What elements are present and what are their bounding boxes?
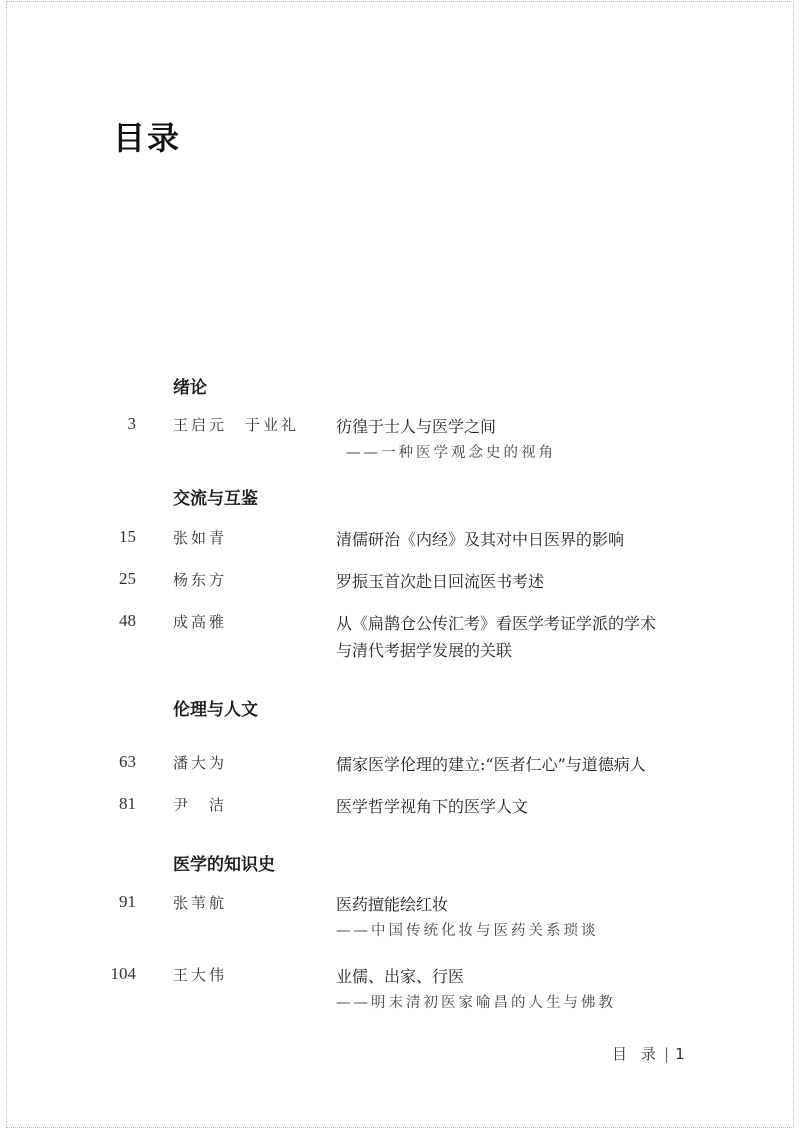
entry-title: 罗振玉首次赴日回流医书考述 xyxy=(336,569,544,592)
entry-author: 潘大为 xyxy=(173,752,227,773)
section-heading: 交流与互鉴 xyxy=(173,484,258,509)
page-number: 63 xyxy=(119,752,136,772)
entry-title: 医学哲学视角下的医学人文 xyxy=(336,794,528,817)
entry-title-line2: 与清代考据学发展的关联 xyxy=(336,638,512,661)
entry-title: 医药擅能绘红妆 xyxy=(336,892,448,915)
entry-title: 清儒研治《内经》及其对中日医界的影响 xyxy=(336,527,624,550)
entry-author: 杨东方 xyxy=(173,569,227,590)
entry-subtitle: ——明末清初医家喻昌的人生与佛教 xyxy=(336,991,616,1012)
footer-page-number: 1 xyxy=(675,1045,685,1063)
page-border xyxy=(6,1,794,1128)
page-number: 81 xyxy=(119,794,136,814)
footer-separator: | xyxy=(664,1045,669,1063)
entry-title: 业儒、出家、行医 xyxy=(336,964,464,987)
section-heading: 伦理与人文 xyxy=(173,695,258,720)
entry-subtitle: ——一种医学观念史的视角 xyxy=(346,441,556,462)
entry-title: 从《扁鹊仓公传汇考》看医学考证学派的学术 xyxy=(336,611,656,634)
page-number: 25 xyxy=(119,569,136,589)
entry-author: 张如青 xyxy=(173,527,227,548)
entry-author: 王大伟 xyxy=(173,964,227,985)
entry-author: 尹 洁 xyxy=(173,794,227,815)
footer-label: 目录 xyxy=(612,1045,670,1063)
entry-subtitle: ——中国传统化妆与医药关系琐谈 xyxy=(336,919,599,940)
page-number: 3 xyxy=(128,414,137,434)
page-footer: 目录|1 xyxy=(612,1043,685,1064)
section-heading: 医学的知识史 xyxy=(173,850,275,875)
page-title: 目录 xyxy=(113,113,181,159)
entry-title: 儒家医学伦理的建立:“医者仁心”与道德病人 xyxy=(336,752,646,775)
page-number: 48 xyxy=(119,611,136,631)
page-number: 104 xyxy=(111,964,137,984)
entry-author: 张苇航 xyxy=(173,892,227,913)
entry-title: 彷徨于士人与医学之间 xyxy=(336,414,496,437)
entry-author: 成高雅 xyxy=(173,611,227,632)
page-number: 15 xyxy=(119,527,136,547)
page-number: 91 xyxy=(119,892,136,912)
entry-author: 王启元 于业礼 xyxy=(173,414,299,435)
section-heading: 绪论 xyxy=(173,373,207,398)
